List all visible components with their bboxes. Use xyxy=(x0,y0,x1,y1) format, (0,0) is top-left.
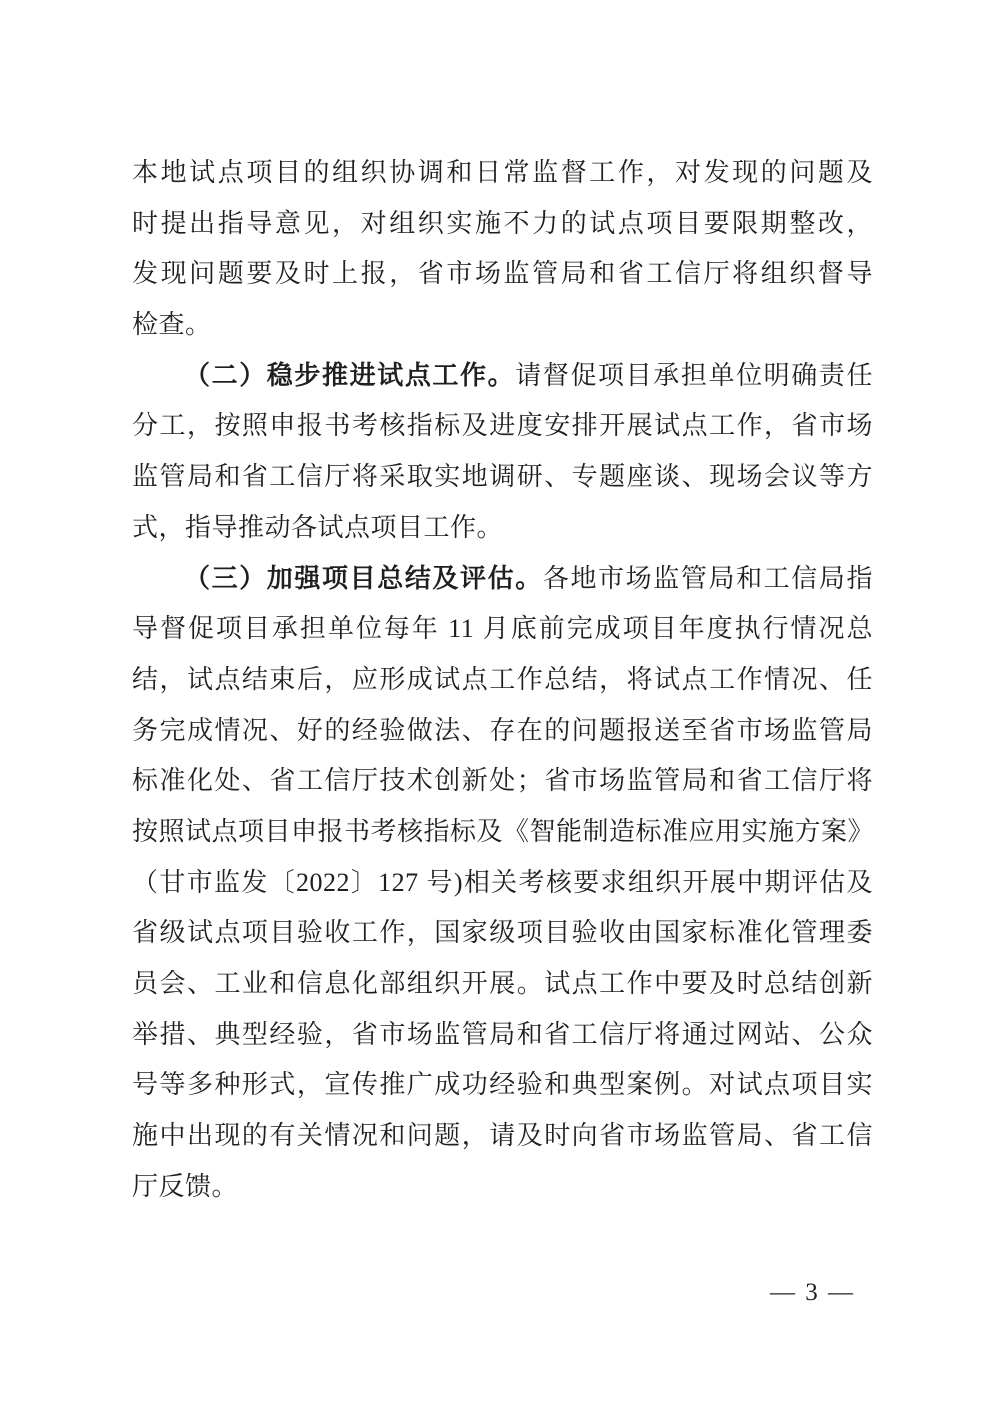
text-line: 检查。 xyxy=(132,300,873,351)
text-line: 务完成情况、好的经验做法、存在的问题报送至省市场监管局 xyxy=(132,706,873,757)
text-segment: 式，指导推动各试点项目工作。 xyxy=(132,513,503,542)
text-segment: 厅反馈。 xyxy=(132,1172,238,1201)
text-line: （三）加强项目总结及评估。各地市场监管局和工信局指 xyxy=(132,554,873,605)
text-line: 按照试点项目申报书考核指标及《智能制造标准应用实施方案》 xyxy=(132,807,873,858)
text-line: 标准化处、省工信厅技术创新处；省市场监管局和省工信厅将 xyxy=(132,756,873,807)
text-segment: 监管局和省工信厅将采取实地调研、专题座谈、现场会议等方 xyxy=(132,462,873,491)
paragraph: （三）加强项目总结及评估。各地市场监管局和工信局指导督促项目承担单位每年 11 … xyxy=(132,554,873,1213)
text-line: 结，试点结束后，应形成试点工作总结，将试点工作情况、任 xyxy=(132,655,873,706)
text-segment: 检查。 xyxy=(132,310,212,339)
document-text: 本地试点项目的组织协调和日常监督工作，对发现的问题及时提出指导意见，对组织实施不… xyxy=(132,148,873,1212)
text-segment: 时提出指导意见，对组织实施不力的试点项目要限期整改， xyxy=(132,209,873,238)
text-segment: 务完成情况、好的经验做法、存在的问题报送至省市场监管局 xyxy=(132,716,873,745)
paragraph: （二）稳步推进试点工作。请督促项目承担单位明确责任分工，按照申报书考核指标及进度… xyxy=(132,351,873,554)
section-heading: （二）稳步推进试点工作。 xyxy=(184,361,515,390)
text-line: 厅反馈。 xyxy=(132,1162,873,1213)
text-segment: 标准化处、省工信厅技术创新处；省市场监管局和省工信厅将 xyxy=(132,766,873,795)
text-segment: 分工，按照申报书考核指标及进度安排开展试点工作，省市场 xyxy=(132,411,873,440)
text-segment: 施中出现的有关情况和问题，请及时向省市场监管局、省工信 xyxy=(132,1121,873,1150)
text-segment: 号等多种形式，宣传推广成功经验和典型案例。对试点项目实 xyxy=(132,1070,873,1099)
text-segment: 本地试点项目的组织协调和日常监督工作，对发现的问题及 xyxy=(132,158,873,187)
page-number: — 3 — xyxy=(770,1278,855,1308)
text-segment: 发现问题要及时上报，省市场监管局和省工信厅将组织督导 xyxy=(132,259,873,288)
text-line: 举措、典型经验，省市场监管局和省工信厅将通过网站、公众 xyxy=(132,1010,873,1061)
text-segment: 省级试点项目验收工作，国家级项目验收由国家标准化管理委 xyxy=(132,918,873,947)
text-segment: 举措、典型经验，省市场监管局和省工信厅将通过网站、公众 xyxy=(132,1020,873,1049)
text-line: 分工，按照申报书考核指标及进度安排开展试点工作，省市场 xyxy=(132,401,873,452)
text-line: （甘市监发〔2022〕127 号)相关考核要求组织开展中期评估及 xyxy=(132,858,873,909)
text-line: 发现问题要及时上报，省市场监管局和省工信厅将组织督导 xyxy=(132,249,873,300)
text-line: 省级试点项目验收工作，国家级项目验收由国家标准化管理委 xyxy=(132,908,873,959)
text-line: 时提出指导意见，对组织实施不力的试点项目要限期整改， xyxy=(132,199,873,250)
text-line: 式，指导推动各试点项目工作。 xyxy=(132,503,873,554)
text-line: 员会、工业和信息化部组织开展。试点工作中要及时总结创新 xyxy=(132,959,873,1010)
text-line: 监管局和省工信厅将采取实地调研、专题座谈、现场会议等方 xyxy=(132,452,873,503)
text-segment: 各地市场监管局和工信局指 xyxy=(543,564,873,593)
text-line: 号等多种形式，宣传推广成功经验和典型案例。对试点项目实 xyxy=(132,1060,873,1111)
text-line: （二）稳步推进试点工作。请督促项目承担单位明确责任 xyxy=(132,351,873,402)
text-segment: 结，试点结束后，应形成试点工作总结，将试点工作情况、任 xyxy=(132,665,873,694)
section-heading: （三）加强项目总结及评估。 xyxy=(184,564,543,593)
text-segment: （甘市监发〔2022〕127 号)相关考核要求组织开展中期评估及 xyxy=(132,868,873,897)
text-line: 施中出现的有关情况和问题，请及时向省市场监管局、省工信 xyxy=(132,1111,873,1162)
text-line: 本地试点项目的组织协调和日常监督工作，对发现的问题及 xyxy=(132,148,873,199)
text-segment: 请督促项目承担单位明确责任 xyxy=(515,361,873,390)
text-segment: 员会、工业和信息化部组织开展。试点工作中要及时总结创新 xyxy=(132,969,873,998)
scanned-document-page: 本地试点项目的组织协调和日常监督工作，对发现的问题及时提出指导意见，对组织实施不… xyxy=(0,0,1000,1414)
text-segment: 按照试点项目申报书考核指标及《智能制造标准应用实施方案》 xyxy=(132,817,874,846)
text-line: 导督促项目承担单位每年 11 月底前完成项目年度执行情况总 xyxy=(132,604,873,655)
text-segment: 导督促项目承担单位每年 11 月底前完成项目年度执行情况总 xyxy=(132,614,873,643)
paragraph: 本地试点项目的组织协调和日常监督工作，对发现的问题及时提出指导意见，对组织实施不… xyxy=(132,148,873,351)
